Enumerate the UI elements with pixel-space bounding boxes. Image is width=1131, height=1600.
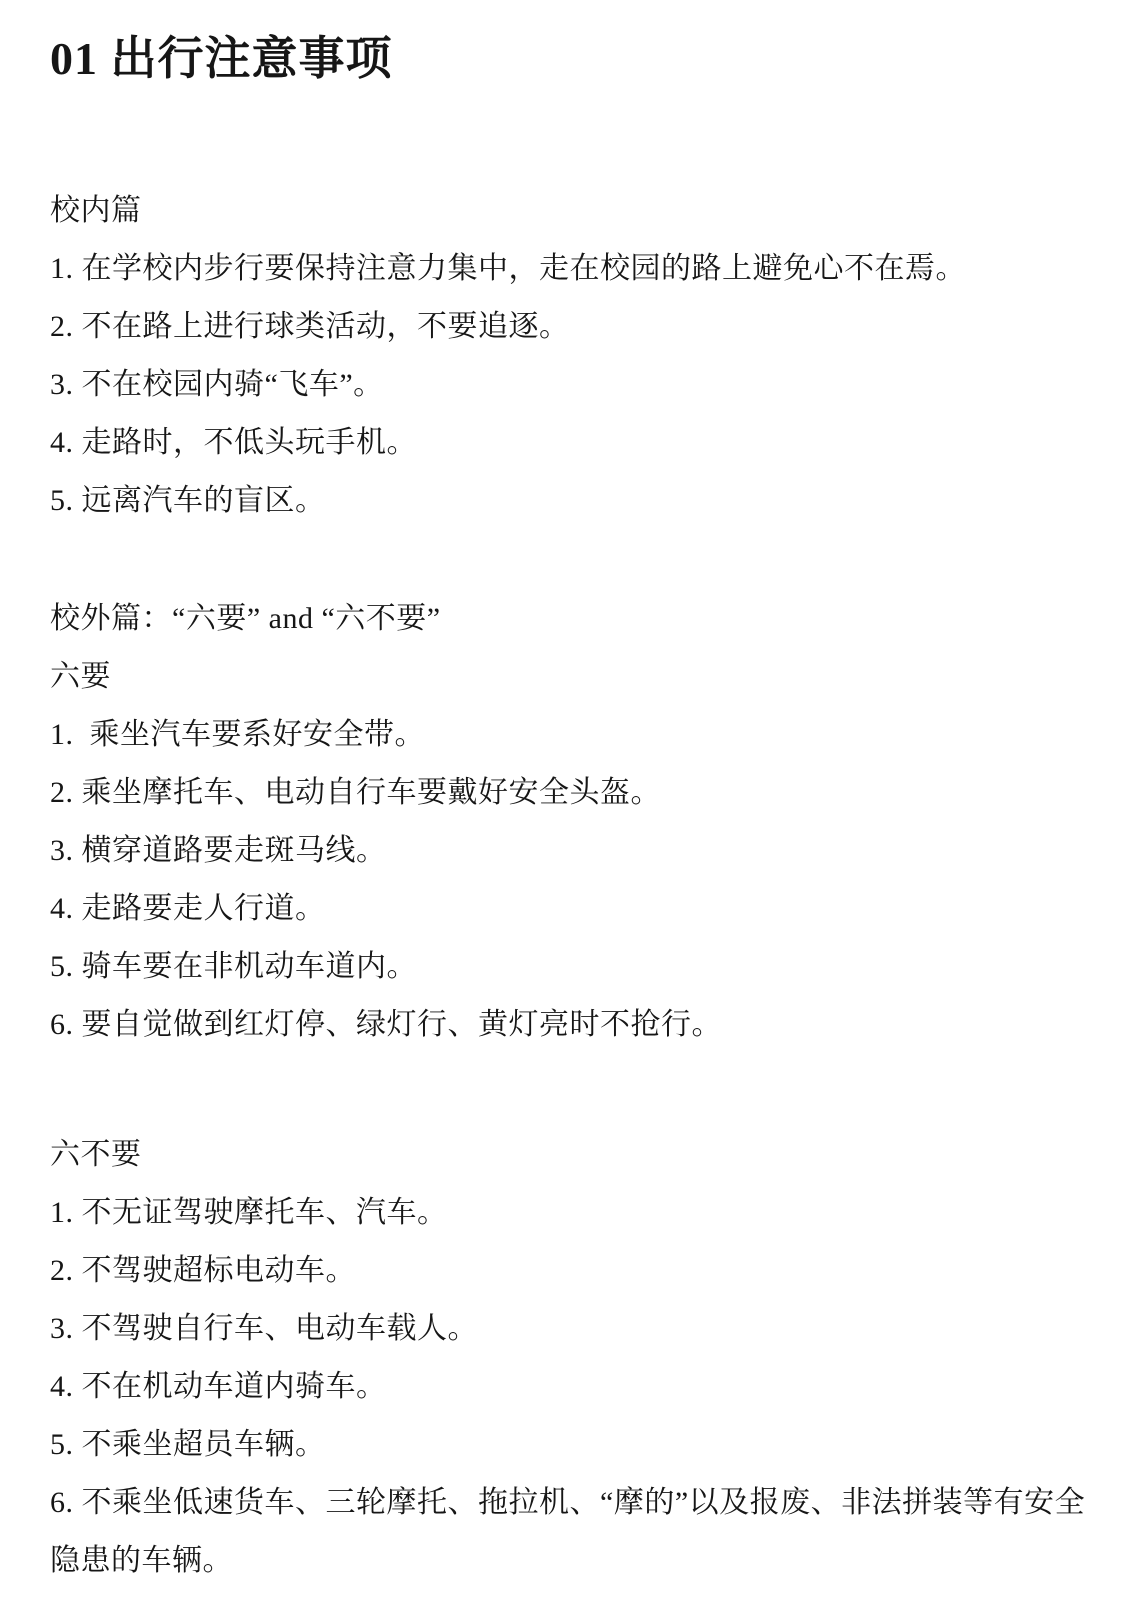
list-item: 4. 不在机动车道内骑车。 bbox=[50, 1358, 1087, 1416]
list-item: 3. 不在校园内骑“飞车”。 bbox=[50, 356, 1087, 414]
list-item: 3. 不驾驶自行车、电动车载人。 bbox=[50, 1300, 1087, 1358]
list-item: 1. 乘坐汽车要系好安全带。 bbox=[50, 706, 1087, 764]
document-page: 01 出行注意事项 校内篇 1. 在学校内步行要保持注意力集中，走在校园的路上避… bbox=[0, 0, 1131, 1600]
list-item: 4. 走路时，不低头玩手机。 bbox=[50, 414, 1087, 472]
list-item: 1. 在学校内步行要保持注意力集中，走在校园的路上避免心不在焉。 bbox=[50, 240, 1087, 298]
list-item: 5. 远离汽车的盲区。 bbox=[50, 472, 1087, 530]
list-item: 6. 不乘坐低速货车、三轮摩托、拖拉机、“摩的”以及报废、非法拼装等有安全隐患的… bbox=[50, 1474, 1087, 1590]
section-heading-off-campus: 校外篇：“六要” and “六不要” bbox=[50, 590, 1087, 648]
page-title: 01 出行注意事项 bbox=[50, 28, 1087, 90]
list-item: 1. 不无证驾驶摩托车、汽车。 bbox=[50, 1184, 1087, 1242]
list-item: 3. 横穿道路要走斑马线。 bbox=[50, 822, 1087, 880]
list-item: 2. 不驾驶超标电动车。 bbox=[50, 1242, 1087, 1300]
list-item: 4. 走路要走人行道。 bbox=[50, 880, 1087, 938]
list-item: 2. 不在路上进行球类活动，不要追逐。 bbox=[50, 298, 1087, 356]
subsection-heading-six-musts: 六要 bbox=[50, 648, 1087, 706]
subsection-heading-six-donts: 六不要 bbox=[50, 1126, 1087, 1184]
list-item: 2. 乘坐摩托车、电动自行车要戴好安全头盔。 bbox=[50, 764, 1087, 822]
list-item: 5. 骑车要在非机动车道内。 bbox=[50, 938, 1087, 996]
section-heading-on-campus: 校内篇 bbox=[50, 182, 1087, 240]
list-item: 6. 要自觉做到红灯停、绿灯行、黄灯亮时不抢行。 bbox=[50, 996, 1087, 1054]
list-item: 5. 不乘坐超员车辆。 bbox=[50, 1416, 1087, 1474]
